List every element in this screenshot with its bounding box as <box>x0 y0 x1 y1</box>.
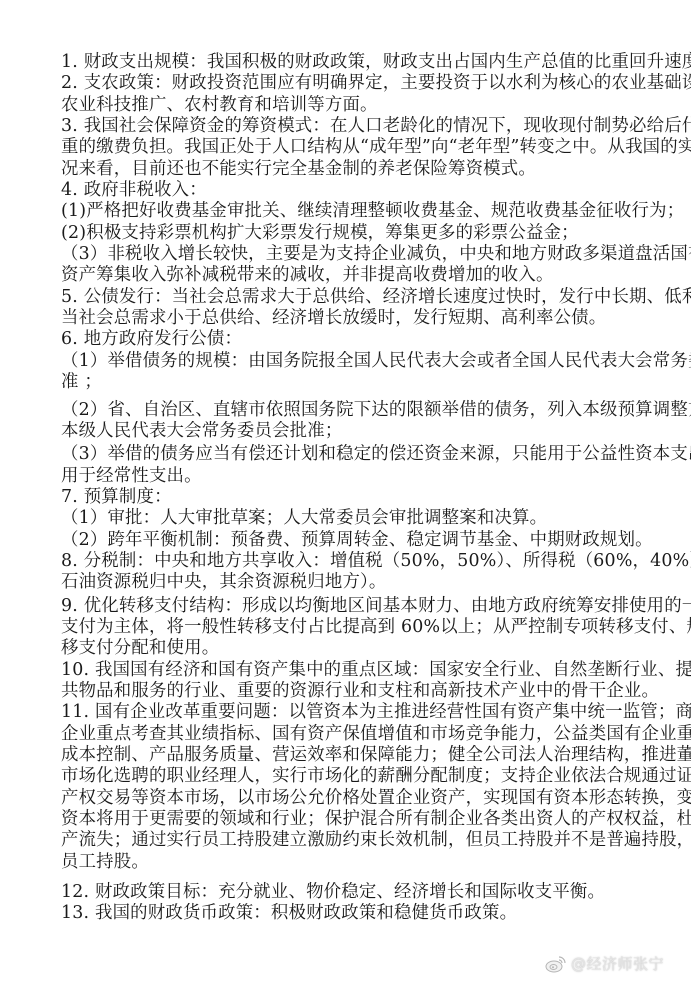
text-line: (2)积极支持彩票机构扩大彩票发行规模，筹集更多的彩票公益金； <box>61 223 641 244</box>
text-line: 石油资源税归中央，其余资源税归地方）。 <box>61 572 641 593</box>
text-line: （1）举借债务的规模：由国务院报全国人民代表大会或者全国人民代表大会常务委员会批 <box>61 351 641 372</box>
watermark: @经济师张宁 <box>545 953 664 974</box>
text-line: 9. 优化转移支付结构：形成以均衡地区间基本财力、由地方政府统筹安排使用的一般性… <box>61 596 641 617</box>
text-line: 本级人民代表大会常务委员会批准； <box>61 421 641 442</box>
text-line: （2）省、自治区、直辖市依照国务院下达的限额举借的债务，列入本级预算调整方案，报 <box>61 400 641 421</box>
text-line: 农业科技推广、农村教育和培训等方面。 <box>61 95 641 116</box>
text-line: 产权交易等资本市场，以市场公允价格处置企业资产，实现国有资本形态转换，变现的国有 <box>61 788 641 809</box>
text-line: 12. 财政政策目标：充分就业、物价稳定、经济增长和国际收支平衡。 <box>61 882 641 903</box>
text-line: （2）跨年平衡机制：预备费、预算周转金、稳定调节基金、中期财政规划。 <box>61 530 641 551</box>
text-line: 1. 财政支出规模：我国积极的财政政策，财政支出占国内生产总值的比重回升速度加快… <box>61 52 641 73</box>
text-line: 8. 分税制：中央和地方共享收入：增值税（50%，50%）、所得税（60%，40… <box>61 551 641 572</box>
text-line: 3. 我国社会保障资金的筹资模式：在人口老龄化的情况下，现收现付制势必给后代人造… <box>61 116 641 137</box>
text-line: 13. 我国的财政货币政策：积极财政政策和稳健货币政策。 <box>61 903 641 924</box>
text-line: 用于经常性支出。 <box>61 466 641 487</box>
text-line: 准 ； <box>61 372 641 393</box>
text-line: 共物品和服务的行业、重要的资源行业和支柱和高新技术产业中的骨干企业。 <box>61 681 641 702</box>
text-line: (1)严格把好收费基金审批关、继续清理整顿收费基金、规范收费基金征收行为； <box>61 201 641 222</box>
text-line: 11. 国有企业改革重要问题：以管资本为主推进经营性国有资产集中统一监管；商业类… <box>61 702 641 723</box>
text-line: 支付为主体，将一般性转移支付占比提高到 60%以上；从严控制专项转移支付、规范专… <box>61 617 641 638</box>
text-line: （1）审批：人大审批草案；人大常委员会审批调整案和决算。 <box>61 508 641 529</box>
text-line: 当社会总需求小于总供给、经济增长放缓时，发行短期、高利率公债。 <box>61 308 641 329</box>
text-line: （3）举借的债务应当有偿还计划和稳定的偿还资金来源，只能用于公益性资本支出，不得 <box>61 444 641 465</box>
text-line: 员工持股。 <box>61 852 641 873</box>
document-body: 1. 财政支出规模：我国积极的财政政策，财政支出占国内生产总值的比重回升速度加快… <box>61 52 641 925</box>
text-line: 重的缴费负担。我国正处于人口结构从“成年型”向“老年型”转变之中。从我国的实际情 <box>61 137 641 158</box>
watermark-text: @经济师张宁 <box>571 953 664 974</box>
text-line: 资产筹集收入弥补减税带来的减收，并非提高收费增加的收入。 <box>61 265 641 286</box>
text-line: 10. 我国国有经济和国有资产集中的重点区域：国家安全行业、自然垄断行业、提供重… <box>61 660 641 681</box>
spacer <box>61 873 641 882</box>
text-line: 4. 政府非税收入： <box>61 180 641 201</box>
text-line: 市场化选聘的职业经理人，实行市场化的薪酬分配制度；支持企业依法合规通过证券交易、 <box>61 766 641 787</box>
text-line: 5. 公债发行：当社会总需求大于总供给、经济增长速度过快时，发行中长期、低利率公… <box>61 287 641 308</box>
text-line: 移支付分配和使用。 <box>61 638 641 659</box>
text-line: 况来看，目前还也不能实行完全基金制的养老保险筹资模式。 <box>61 159 641 180</box>
text-line: 2. 支农政策：财政投资范围应有明确界定，主要投资于以水利为核心的农业基础设施建… <box>61 73 641 94</box>
text-line: 6. 地方政府发行公债： <box>61 329 641 350</box>
text-line: （3）非税收入增长较快，主要是为支持企业减负，中央和地方财政多渠道盘活国有资金和 <box>61 244 641 265</box>
text-line: 产流失；通过实行员工持股建立激励约束长效机制，但员工持股并不是普遍持股，而是骨干 <box>61 830 641 851</box>
text-line: 成本控制、产品服务质量、营运效率和保障能力；健全公司法人治理结构，推进董事会建设… <box>61 745 641 766</box>
weibo-icon <box>545 955 567 973</box>
text-line: 7. 预算制度： <box>61 487 641 508</box>
text-line: 企业重点考查其业绩指标、国有资产保值增值和市场竞争能力，公益类国有企业重点考查其 <box>61 724 641 745</box>
text-line: 资本将用于更需要的领域和行业；保护混合所有制企业各类出资人的产权权益，杜绝国有资 <box>61 809 641 830</box>
